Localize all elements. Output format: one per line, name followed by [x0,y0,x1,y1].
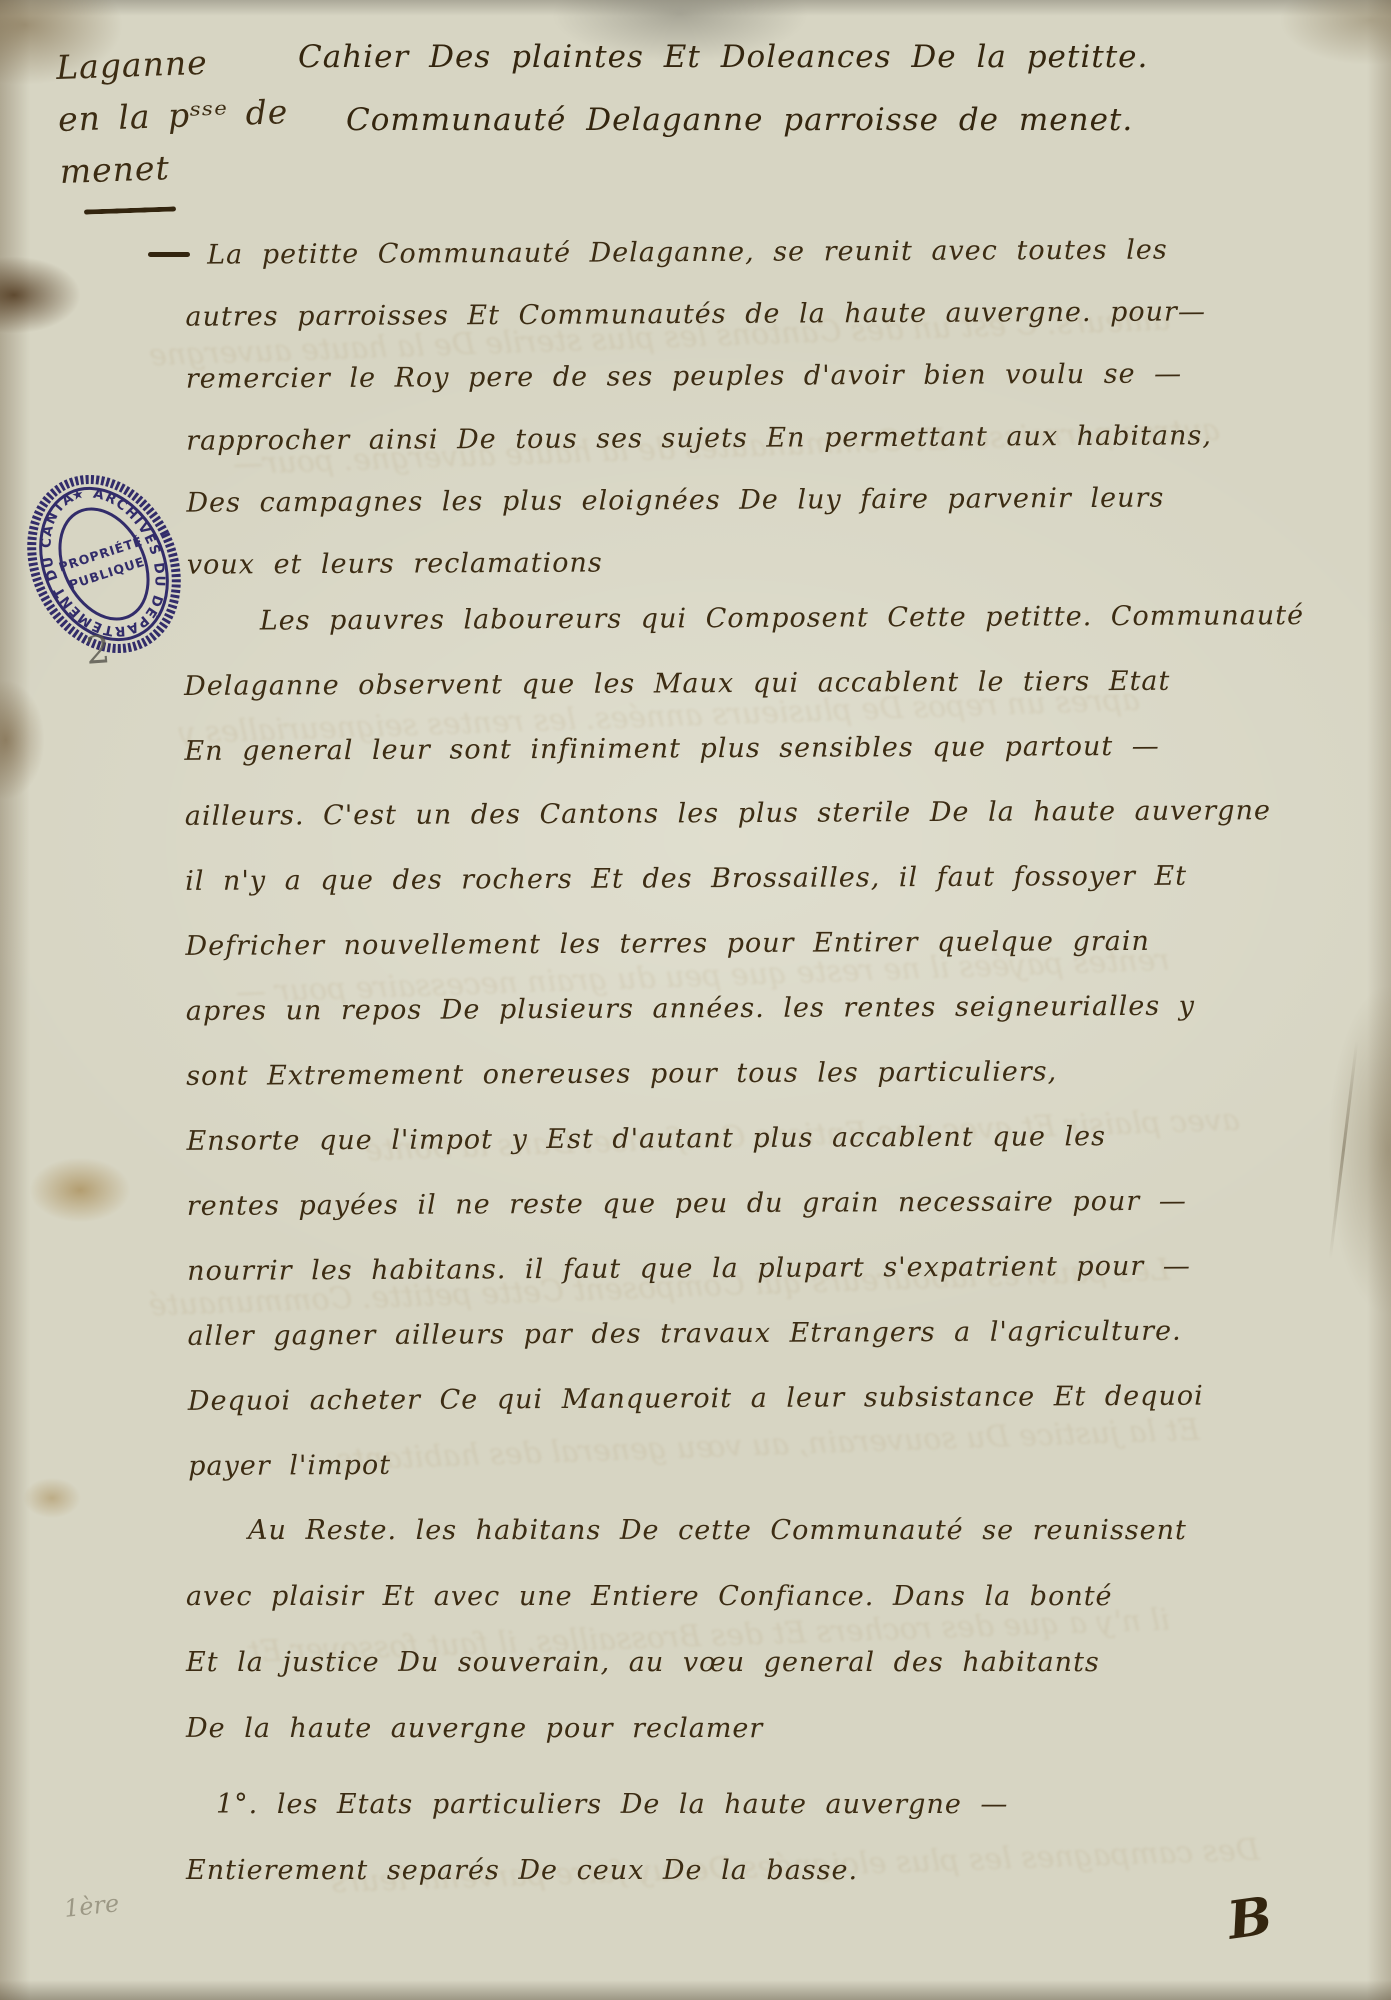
manuscript-line: Delaganne observent que les Maux qui acc… [184,648,1305,719]
manuscript-line: Les pauvres laboureurs qui Composent Cet… [184,583,1305,654]
manuscript-line: De la haute auvergne pour reclamer [186,1696,1187,1762]
manuscript-line: Entierement separés De ceux De la basse. [186,1838,1008,1904]
manuscript-line: En general leur sont infiniment plus sen… [184,713,1305,784]
manuscript-line: ailleurs. C'est un des Cantons les plus … [185,778,1306,849]
manuscript-line: apres un repos De plusieurs années. les … [186,973,1307,1044]
manuscript-line: autres parroisses Et Communautés de la h… [185,281,1211,348]
paragraph-2: Les pauvres laboureurs qui Composent Cet… [184,583,1309,1499]
manuscript-line: nourrir les habitans. il faut que la plu… [187,1233,1308,1304]
signature-paraph: B [1224,1885,1276,1952]
title-line: Communauté Delaganne parroisse de menet. [298,89,1148,152]
manuscript-line: 1°. les Etats particuliers De la haute a… [186,1772,1008,1838]
manuscript-line: avec plaisir Et avec une Entiere Confian… [186,1564,1187,1630]
manuscript-line: sont Extremement onereuses pour tous les… [186,1038,1307,1109]
manuscript-line: rentes payées il ne reste que peu du gra… [187,1168,1308,1239]
margin-note-line: menet [59,138,291,198]
manuscript-line: Et la justice Du souverain, au vœu gener… [186,1630,1187,1696]
paper-crease [1329,1041,1359,1260]
paragraph-3: Au Reste. les habitans De cette Communau… [186,1498,1187,1762]
margin-note-line: en la pˢˢᵉ de [57,86,289,146]
pencil-folio-number: 2 [84,627,111,673]
manuscript-line: Au Reste. les habitans De cette Communau… [186,1498,1187,1564]
manuscript-line: aller gagner ailleurs par des travaux Et… [187,1298,1308,1369]
manuscript-line: Dequoi acheter Ce qui Manqueroit a leur … [188,1363,1309,1434]
margin-underline-flourish [84,206,176,214]
document-title: Cahier Des plaintes Et Doleances De la p… [298,26,1148,152]
manuscript-line: il n'y a que des rochers Et des Brossail… [185,843,1306,914]
paragraph-start-dash [148,252,190,257]
paragraph-1: La petitte Communauté Delaganne, se reun… [185,219,1213,596]
manuscript-line: rapprocher ainsi De tous ses sujets En p… [186,405,1212,472]
manuscript-line: payer l'impot [188,1428,1309,1499]
manuscript-line: La petitte Communauté Delaganne, se reun… [185,219,1211,286]
paragraph-4: 1°. les Etats particuliers De la haute a… [186,1772,1008,1904]
manuscript-page: ailleurs. C'est un des Cantons les plus … [0,0,1391,2000]
margin-note-line: Laganne [55,34,287,94]
pencil-footer-mark: 1ère [63,1889,121,1923]
title-line: Cahier Des plaintes Et Doleances De la p… [298,26,1148,89]
manuscript-line: Ensorte que l'impot y Est d'autant plus … [186,1103,1307,1174]
manuscript-line: Des campagnes les plus eloignées De luy … [186,467,1212,534]
manuscript-line: remercier le Roy pere de ses peuples d'a… [186,343,1212,410]
margin-note: Laganne en la pˢˢᵉ de menet [55,34,291,198]
manuscript-line: Defricher nouvellement les terres pour E… [185,908,1306,979]
